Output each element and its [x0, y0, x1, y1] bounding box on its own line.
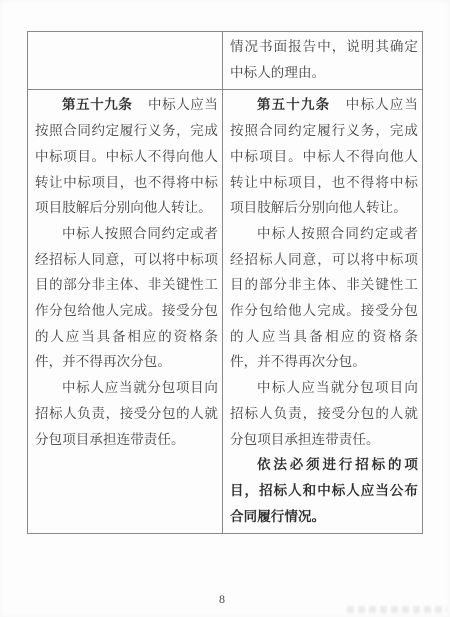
paragraph: 中标人应当就分包项目向招标人负责，接受分包的人就分包项目承担连带责任。	[35, 375, 218, 452]
table-row-top: 情况书面报告中，说明其确定中标人的理由。	[28, 32, 422, 89]
article-body-text: 中标人应当按照合同约定履行义务，完成中标项目。中标人不得向他人转让中标项目，也不…	[35, 97, 218, 215]
article-paragraph: 第五十九条中标人应当按照合同约定履行义务，完成中标项目。中标人不得向他人转让中标…	[230, 92, 418, 221]
paragraph: 中标人应当就分包项目向招标人负责，接受分包的人就分包项目承担连带责任。	[230, 375, 418, 452]
article-number-label: 第五十九条	[257, 97, 330, 112]
page-number: 8	[0, 592, 444, 607]
article-paragraph: 第五十九条中标人应当按照合同约定履行义务，完成中标项目。中标人不得向他人转让中标…	[35, 92, 218, 221]
table-cell-main-right: 第五十九条中标人应当按照合同约定履行义务，完成中标项目。中标人不得向他人转让中标…	[223, 90, 422, 533]
continuation-paragraph: 情况书面报告中，说明其确定中标人的理由。	[230, 34, 418, 85]
paragraph: 中标人按照合同约定或者经招标人同意，可以将中标项目的部分非主体、非关键性工作分包…	[230, 221, 418, 375]
bold-paragraph: 依法必须进行招标的项目，招标人和中标人应当公布合同履行情况。	[230, 452, 418, 529]
article-number-label: 第五十九条	[62, 97, 133, 112]
document-page: 情况书面报告中，说明其确定中标人的理由。 第五十九条中标人应当按照合同约定履行义…	[0, 0, 450, 617]
article-body-text: 中标人应当按照合同约定履行义务，完成中标项目。中标人不得向他人转让中标项目，也不…	[230, 97, 418, 215]
watermark-smudge	[347, 606, 447, 613]
law-text-table: 情况书面报告中，说明其确定中标人的理由。 第五十九条中标人应当按照合同约定履行义…	[27, 31, 423, 534]
paragraph: 中标人按照合同约定或者经招标人同意，可以将中标项目的部分非主体、非关键性工作分包…	[35, 221, 218, 375]
table-cell-top-left	[28, 32, 223, 89]
table-cell-main-left: 第五十九条中标人应当按照合同约定履行义务，完成中标项目。中标人不得向他人转让中标…	[28, 90, 223, 533]
table-cell-top-right: 情况书面报告中，说明其确定中标人的理由。	[223, 32, 422, 89]
table-row-main: 第五十九条中标人应当按照合同约定履行义务，完成中标项目。中标人不得向他人转让中标…	[28, 89, 422, 533]
